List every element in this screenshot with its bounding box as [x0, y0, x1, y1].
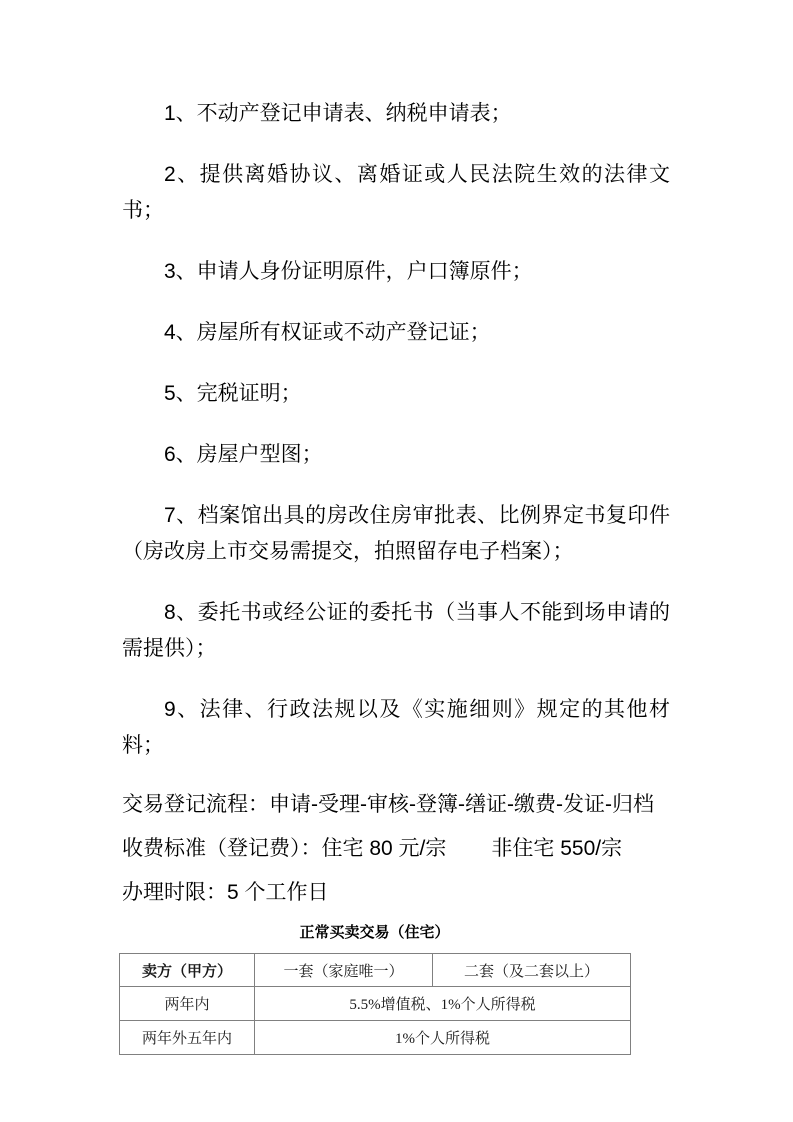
table-row-two-to-five-years: 两年外五年内 1%个人所得税 — [120, 1021, 631, 1055]
list-item-5: 5、完税证明； — [122, 376, 670, 412]
list-item-3: 3、申请人身份证明原件，户口簿原件； — [122, 254, 670, 290]
table-row-within-two-years: 两年内 5.5%增值税、1%个人所得税 — [120, 987, 631, 1021]
list-item-7: 7、档案馆出具的房改住房审批表、比例界定书复印件（房改房上市交易需提交，拍照留存… — [122, 498, 670, 570]
document-page: 1、不动产登记申请表、纳税申请表； 2、提供离婚协议、离婚证或人民法院生效的法律… — [0, 0, 793, 1122]
fee-standard-paragraph: 收费标准（登记费）：住宅 80 元/宗非住宅 550/宗 — [122, 833, 670, 864]
cell-period-two-to-five-years: 两年外五年内 — [120, 1021, 255, 1055]
header-cell-second-home: 二套（及二套以上） — [433, 954, 631, 987]
tax-table-title: 正常买卖交易（住宅） — [119, 921, 630, 942]
process-flow-steps: 申请-受理-审核-登簿-缮证-缴费-发证-归档 — [269, 793, 654, 816]
fee-standard-label: 收费标准（登记费）： — [122, 837, 322, 860]
fee-residential: 住宅 80 元/宗 — [322, 837, 447, 860]
cell-tax-within-two-years: 5.5%增值税、1%个人所得税 — [255, 987, 631, 1021]
header-cell-first-home: 一套（家庭唯一） — [255, 954, 433, 987]
tax-table-section: 正常买卖交易（住宅） 卖方（甲方） 一套（家庭唯一） 二套（及二套以上） 两年内 — [119, 921, 630, 1055]
time-limit-paragraph: 办理时限：5 个工作日 — [122, 877, 670, 908]
process-flow-paragraph: 交易登记流程：申请-受理-审核-登簿-缮证-缴费-发证-归档 — [122, 789, 670, 820]
process-flow-label: 交易登记流程： — [122, 793, 269, 816]
cell-tax-two-to-five-years: 1%个人所得税 — [255, 1021, 631, 1055]
list-item-1: 1、不动产登记申请表、纳税申请表； — [122, 96, 670, 132]
list-item-4: 4、房屋所有权证或不动产登记证； — [122, 315, 670, 351]
header-cell-seller: 卖方（甲方） — [120, 954, 255, 987]
list-item-8: 8、委托书或经公证的委托书（当事人不能到场申请的需提供）； — [122, 595, 670, 667]
fee-non-residential: 非住宅 550/宗 — [491, 837, 622, 860]
tax-table: 卖方（甲方） 一套（家庭唯一） 二套（及二套以上） 两年内 5.5%增值税、1%… — [119, 953, 631, 1055]
list-item-6: 6、房屋户型图； — [122, 437, 670, 473]
list-item-2: 2、提供离婚协议、离婚证或人民法院生效的法律文书； — [122, 157, 670, 229]
tax-table-header-row: 卖方（甲方） 一套（家庭唯一） 二套（及二套以上） — [120, 954, 631, 987]
list-item-9: 9、法律、行政法规以及《实施细则》规定的其他材料； — [122, 692, 670, 764]
document-content: 1、不动产登记申请表、纳税申请表； 2、提供离婚协议、离婚证或人民法院生效的法律… — [0, 0, 793, 1055]
cell-period-within-two-years: 两年内 — [120, 987, 255, 1021]
